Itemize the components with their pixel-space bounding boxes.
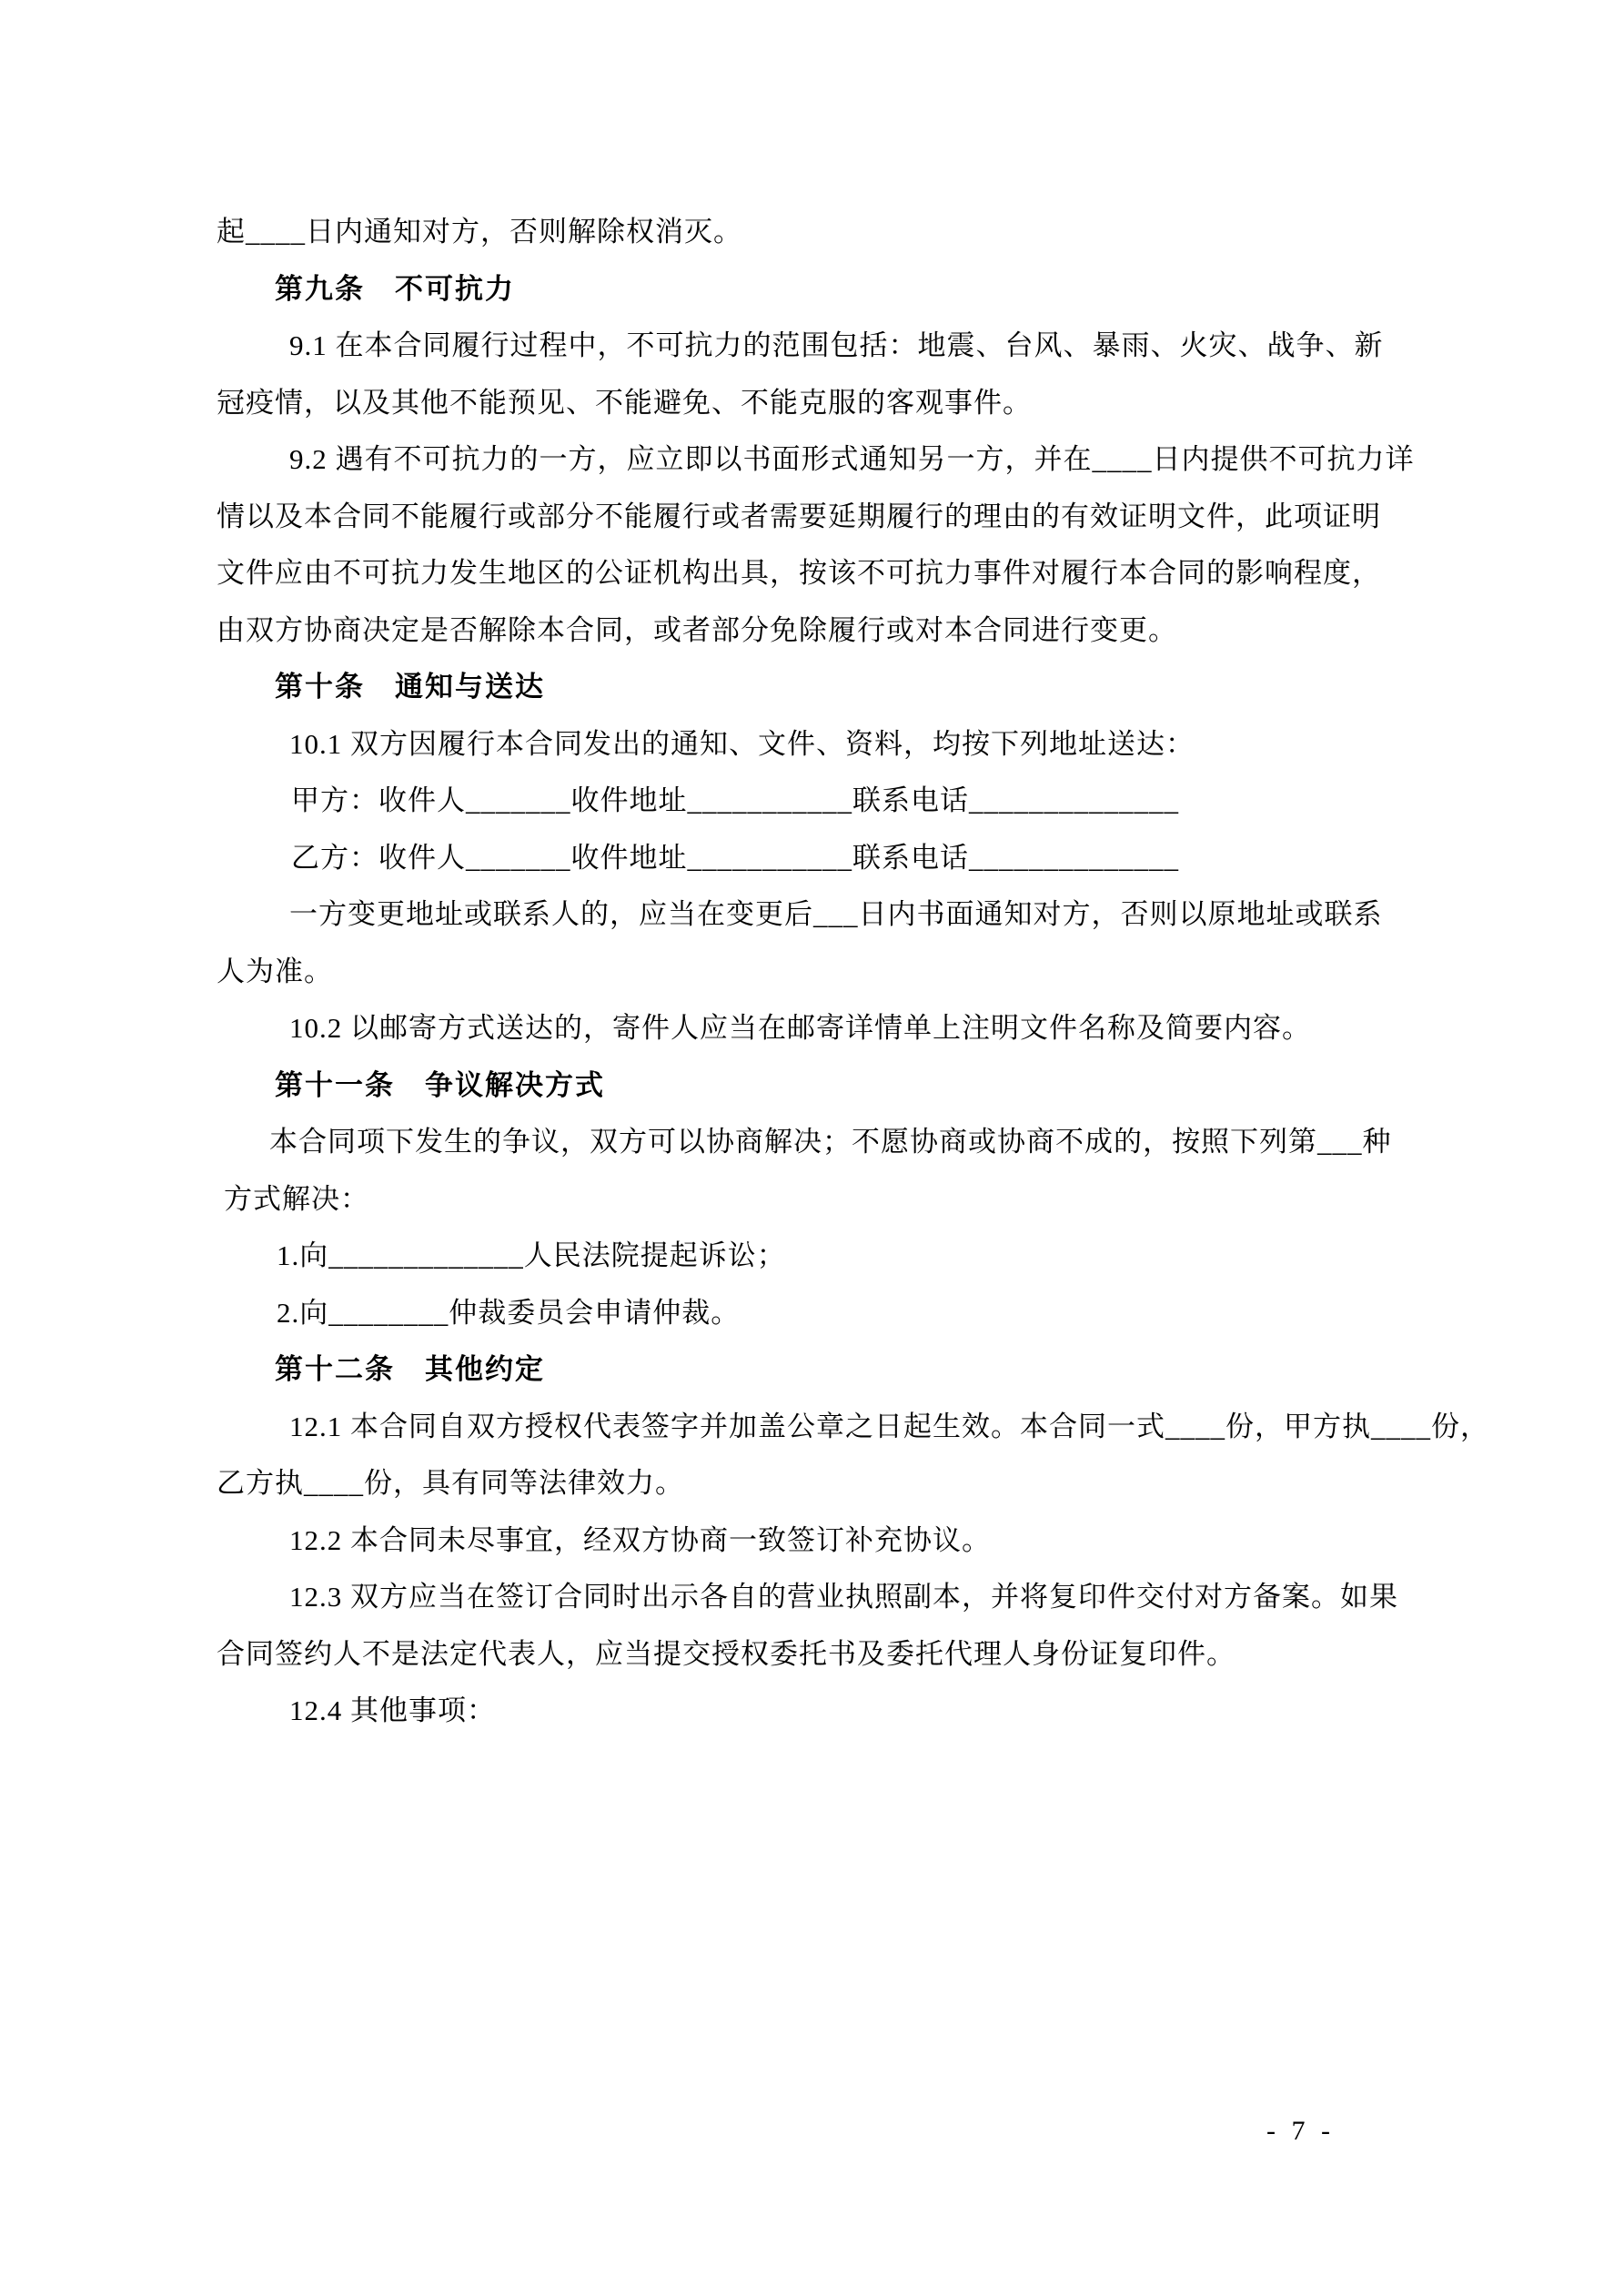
clause-8-continuation-line: 起____日内通知对方，否则解除权消灭。: [217, 204, 1440, 261]
clause-12-1-line-2: 乙方执____份，具有同等法律效力。: [217, 1455, 1440, 1512]
article-10-heading: 第十条 通知与送达: [275, 659, 1440, 716]
address-change-line-2: 人为准。: [217, 944, 1440, 1001]
clause-9-1-line-2: 冠疫情，以及其他不能预见、不能避免、不能克服的客观事件。: [217, 375, 1440, 432]
dispute-clause-line-1: 本合同项下发生的争议，双方可以协商解决；不愿协商或协商不成的，按照下列第___种: [269, 1114, 1440, 1171]
article-9-heading: 第九条 不可抗力: [275, 261, 1440, 319]
clause-12-4-line: 12.4 其他事项：: [289, 1683, 1440, 1740]
dispute-clause-line-2: 方式解决：: [224, 1171, 1440, 1229]
dispute-option-2-arbitration: 2.向________仲裁委员会申请仲裁。: [277, 1285, 1440, 1342]
clause-12-2-line: 12.2 本合同未尽事宜，经双方协商一致签订补充协议。: [289, 1512, 1440, 1570]
clause-9-2-line-3: 文件应由不可抗力发生地区的公证机构出具，按该不可抗力事件对履行本合同的影响程度，: [217, 545, 1440, 602]
clause-12-3-line-2: 合同签约人不是法定代表人，应当提交授权委托书及委托代理人身份证复印件。: [217, 1626, 1440, 1684]
clause-12-3-line-1: 12.3 双方应当在签订合同时出示各自的营业执照副本，并将复印件交付对方备案。如…: [289, 1569, 1440, 1626]
clause-10-1-line: 10.1 双方因履行本合同发出的通知、文件、资料，均按下列地址送达：: [289, 716, 1440, 774]
party-b-contact-line: 乙方：收件人_______收件地址___________联系电话________…: [291, 830, 1440, 887]
address-change-line-1: 一方变更地址或联系人的，应当在变更后___日内书面通知对方，否则以原地址或联系: [289, 886, 1440, 944]
page-number: - 7 -: [1266, 2111, 1335, 2151]
clause-9-2-line-1: 9.2 遇有不可抗力的一方，应立即以书面形式通知另一方，并在____日内提供不可…: [289, 431, 1440, 489]
article-12-heading: 第十二条 其他约定: [275, 1341, 1440, 1399]
clause-9-2-line-4: 由双方协商决定是否解除本合同，或者部分免除履行或对本合同进行变更。: [217, 602, 1440, 660]
clause-9-2-line-2: 情以及本合同不能履行或部分不能履行或者需要延期履行的理由的有效证明文件，此项证明: [217, 489, 1440, 546]
clause-10-2-line: 10.2 以邮寄方式送达的，寄件人应当在邮寄详情单上注明文件名称及简要内容。: [289, 1000, 1440, 1057]
contract-page: 起____日内通知对方，否则解除权消灭。 第九条 不可抗力 9.1 在本合同履行…: [0, 0, 1624, 2296]
contract-body: 起____日内通知对方，否则解除权消灭。 第九条 不可抗力 9.1 在本合同履行…: [217, 204, 1440, 1740]
clause-9-1-line-1: 9.1 在本合同履行过程中，不可抗力的范围包括：地震、台风、暴雨、火灾、战争、新: [289, 318, 1440, 375]
article-11-heading: 第十一条 争议解决方式: [275, 1057, 1440, 1115]
clause-12-1-line-1: 12.1 本合同自双方授权代表签字并加盖公章之日起生效。本合同一式____份，甲…: [289, 1399, 1440, 1456]
party-a-contact-line: 甲方：收件人_______收件地址___________联系电话________…: [291, 773, 1440, 830]
dispute-option-1-litigation: 1.向_____________人民法院提起诉讼；: [277, 1228, 1440, 1285]
